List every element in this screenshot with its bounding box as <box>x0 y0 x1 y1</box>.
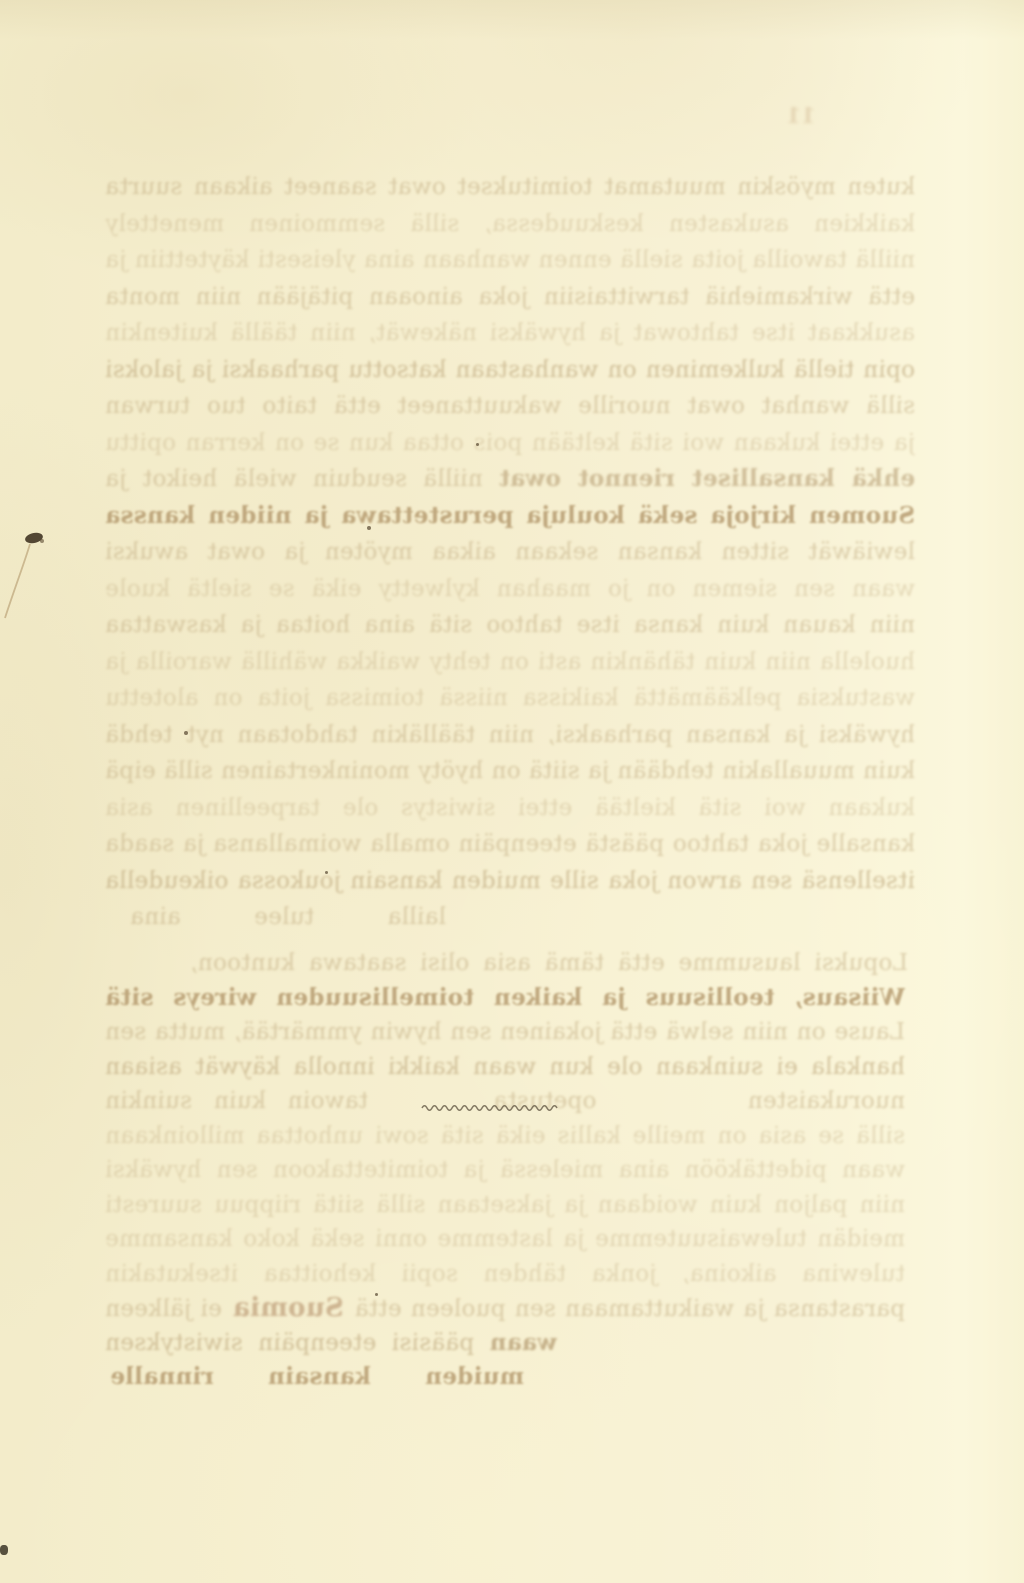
bleed-line: meidän tulewaisuutemme ja lastemme onni … <box>105 1224 905 1254</box>
bleed-line: Lopuksi lausumme että tämä asia olisi sa… <box>190 948 908 978</box>
bleed-line: itsellensä sen arwon joka sille muiden k… <box>105 866 915 896</box>
bleed-text-part: ehkä kansalliset riennot owat <box>499 465 915 492</box>
bleed-line: muiden kansain rinnalle kunnialla. <box>110 1362 524 1392</box>
bleed-text-part: lewiäwät sitten kansan sekaan aikaa myöt… <box>105 539 915 567</box>
bleed-line: waan pidettäköön aina mielessä ja toimit… <box>105 1155 905 1185</box>
bleed-line: hywäksi ja kansan parhaaksi, niin täällä… <box>105 720 915 750</box>
ink-scratch-mark <box>0 520 70 630</box>
bleed-line: Wiisaus, teollisuus ja kaiken toimellisu… <box>105 983 905 1013</box>
paper-speck <box>375 1293 378 1296</box>
bleed-text-part: waan <box>489 1329 557 1356</box>
paper-speck <box>476 443 479 446</box>
bleed-emphasis-word: Suomia <box>222 1293 355 1323</box>
paper-speck <box>0 1545 8 1555</box>
bleed-line: waan pääsisi eteenpäin siwistyksen tiell… <box>105 1328 557 1358</box>
paper-speck <box>325 871 328 874</box>
bleed-text-part: pääsisi eteenpäin siwistyksen tiellä <box>105 1330 557 1358</box>
bleed-line: sillä se asia on meille kallis eikä sitä… <box>105 1121 905 1151</box>
bleed-line: huolella niin kuin tähänkin asti on teht… <box>105 647 915 677</box>
bleed-line: waan sen siemen on jo maahan kylwetty ei… <box>105 574 915 604</box>
bleed-line: kuten myöskin muutamat toimitukset owat … <box>105 172 915 202</box>
paper-speck <box>367 526 371 530</box>
page-number-bleed: 11 <box>775 101 827 131</box>
bleed-line: ja ettei kukaan woi sitä keltään pois ot… <box>105 428 915 458</box>
bleed-line: niin paljon kuin woidaan ja jaksetaan si… <box>105 1190 905 1220</box>
squiggle-underline <box>420 1099 566 1115</box>
bleed-line: lailla tulee aina kuulumaan. <box>130 902 446 932</box>
bleed-text-part: tawoin kuin suinkin woi <box>105 1086 368 1116</box>
bleed-line: asukkaat itse tahtowat ja hywäksi näkewä… <box>105 318 915 348</box>
bleed-line: lewiäwät sitten kansan sekaan aikaa myöt… <box>105 537 915 567</box>
bleed-line: ehkä kansalliset riennot owat niillä seu… <box>105 464 915 494</box>
bleed-line: sillä wanhat owat nuorille wakuuttaneet … <box>105 391 915 421</box>
bleed-line: kaikkien asukasten keskuudessa, sillä se… <box>105 209 915 239</box>
bleed-line: tulewina aikoina, jonka tähden sopii keh… <box>105 1259 905 1289</box>
scanned-book-page: kuten myöskin muutamat toimitukset owat … <box>0 0 1024 1583</box>
bleed-line: parastansa ja waikuttamaan sen puoleen e… <box>105 1293 905 1323</box>
bleed-line: niin kauan kuin kansa itse tahtoo sitä a… <box>105 610 915 640</box>
paper-speck <box>184 731 188 735</box>
bleed-line: niillä tawoilla joita siellä ennen wanha… <box>105 245 915 275</box>
bleed-text-part: parastansa ja waikuttamaan sen puoleen e… <box>355 1296 905 1322</box>
bleed-line: opin tiellä kulkeminen on wanhastaan kat… <box>105 355 915 385</box>
bleed-line: Suomen kirjoja sekä kouluja perustettawa… <box>105 501 915 531</box>
bleed-line: hankala ei suinkaan ole kun waan kaikki … <box>105 1052 905 1082</box>
bleed-line: kuin muuallakin tehdään ja siitä on hyöt… <box>105 756 915 786</box>
bleed-line: kukaan woi sitä kieltää ettei siwistys o… <box>105 793 915 823</box>
bleed-line: Lause on niin selwä että jokainen sen hy… <box>105 1017 905 1047</box>
bleed-line: kansalle joka tahtoo päästä eteenpäin om… <box>105 829 915 859</box>
bleed-line: että wirkamiehiä tarwittaisiin joka aino… <box>105 282 915 312</box>
bleed-line: wastuksia pelkäämättä kaikissa niissä to… <box>105 683 915 713</box>
